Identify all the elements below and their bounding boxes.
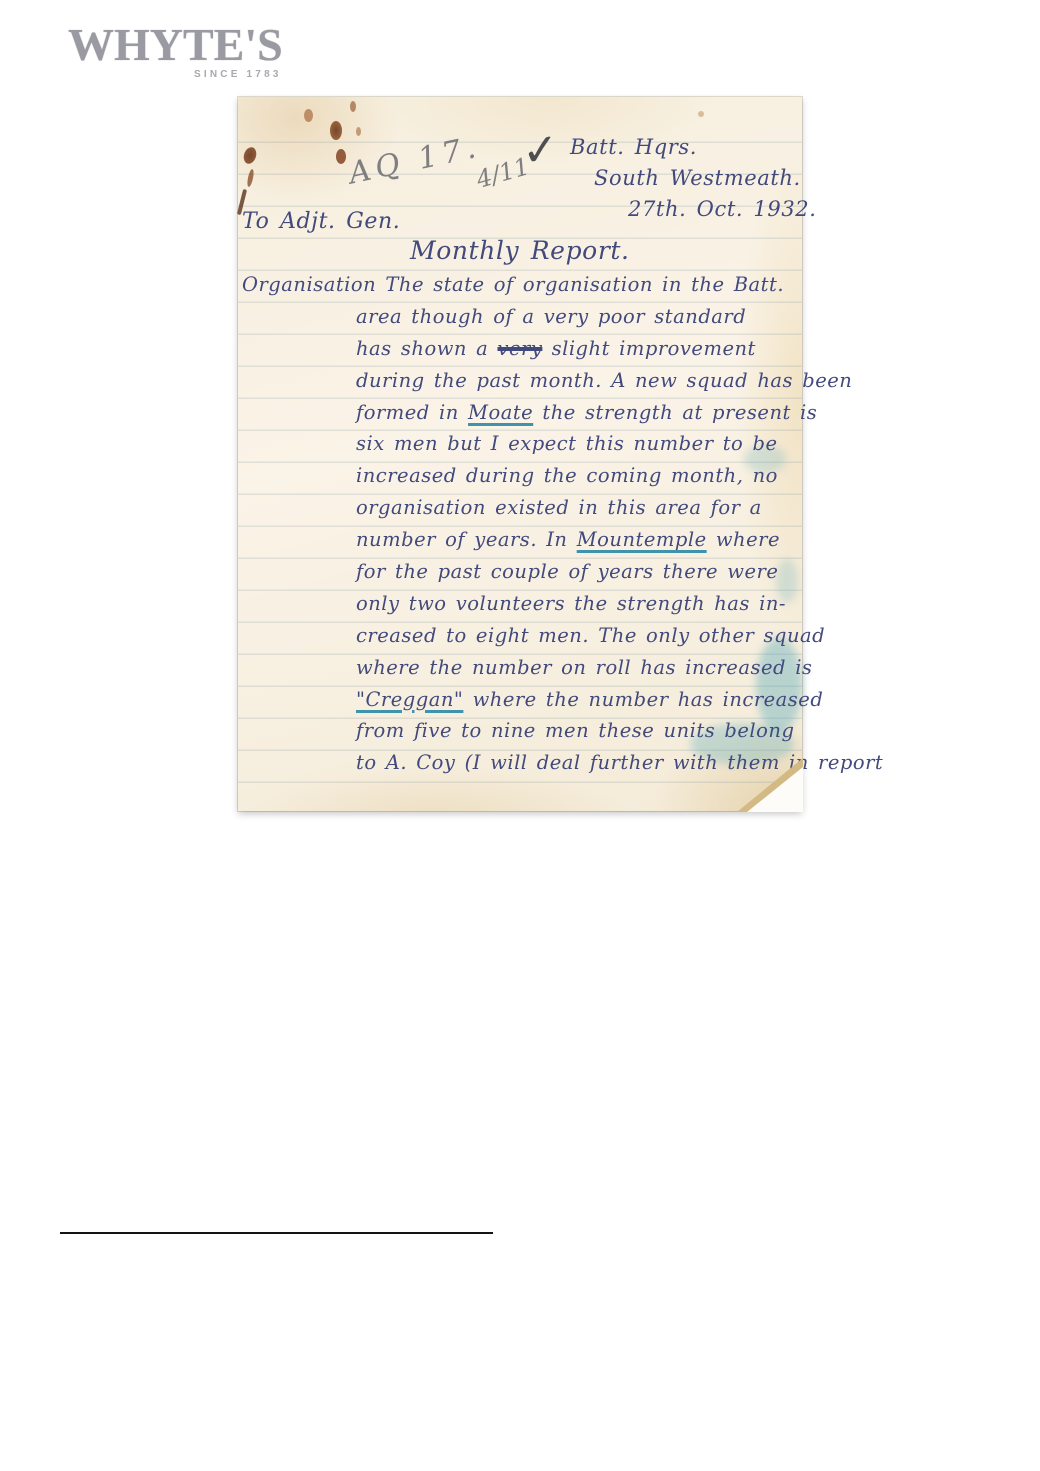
handwritten-text: organisation existed in this area for a: [356, 496, 762, 519]
handwritten-line: six men but I expect this number to be: [242, 432, 883, 464]
handwritten-text: creased to eight men. The only other squ…: [356, 624, 825, 647]
ink-stain: [246, 169, 255, 188]
letter-body: Organisation The state of organisation i…: [242, 273, 883, 783]
handwritten-text: from five to nine men these units belong: [356, 719, 794, 742]
handwritten-text: increased during the coming month, no: [356, 464, 778, 487]
handwritten-text: for the past couple of years there were: [356, 560, 778, 583]
handwritten-line: has shown a very slight improvement: [242, 337, 883, 369]
letter-title: Monthly Report.: [410, 236, 630, 265]
handwritten-line: organisation existed in this area for a: [242, 496, 883, 528]
handwritten-line: only two volunteers the strength has in-: [242, 592, 883, 624]
handwritten-text: six men but I expect this number to be: [356, 432, 778, 455]
letter-salutation: To Adjt. Gen.: [242, 209, 400, 234]
handwritten-text: during the past month. A new squad has b…: [356, 369, 852, 392]
handwritten-text: the strength at present is: [533, 401, 817, 424]
handwritten-line: increased during the coming month, no: [242, 464, 883, 496]
underlined-place-name: Mountemple: [577, 528, 707, 551]
handwritten-line: area though of a very poor standard: [242, 305, 883, 337]
corner-fold: [747, 767, 803, 812]
struck-out-word: very: [497, 337, 542, 360]
letter-heading-line: South Westmeath.: [594, 166, 801, 190]
handwritten-line: number of years. In Mountemple where: [242, 528, 883, 560]
handwritten-text: formed in: [356, 401, 468, 424]
handwritten-text: Organisation The state of organisation i…: [242, 273, 784, 296]
ink-stain: [242, 146, 259, 166]
ink-stain: [330, 121, 342, 140]
handwritten-line: during the past month. A new squad has b…: [242, 369, 883, 401]
handwritten-line: Organisation The state of organisation i…: [242, 273, 883, 305]
handwritten-text: number of years. In: [356, 528, 577, 551]
handwritten-text: where the number on roll has increased i…: [356, 656, 812, 679]
handwritten-text: area though of a very poor standard: [356, 305, 746, 328]
letter-heading-line: Batt. Hqrs.: [570, 135, 697, 159]
handwritten-text: where: [707, 528, 780, 551]
ink-stain: [350, 101, 356, 112]
handwritten-line: "Creggan" where the number has increased: [242, 688, 883, 720]
handwritten-text: where the number has increased: [463, 688, 823, 711]
letter-scan: AQ 17. 4/11 ✓ Batt. Hqrs. South Westmeat…: [238, 97, 802, 811]
ink-stain: [698, 111, 704, 117]
handwritten-line: formed in Moate the strength at present …: [242, 401, 883, 433]
underlined-place-name: "Creggan": [356, 688, 463, 711]
logo-wordmark: WHYTE'S: [68, 22, 288, 68]
logo-since-text: SINCE 1783: [194, 69, 282, 80]
pencil-annotation-reference: AQ 17.: [346, 130, 484, 192]
letter-date: 27th. Oct. 1932.: [628, 197, 817, 221]
handwritten-line: creased to eight men. The only other squ…: [242, 624, 883, 656]
ink-stain: [356, 127, 361, 136]
checkmark-icon: ✓: [520, 124, 560, 177]
footnote-divider: [60, 1232, 493, 1234]
handwritten-line: from five to nine men these units belong: [242, 719, 883, 751]
handwritten-line: for the past couple of years there were: [242, 560, 883, 592]
ink-stain: [336, 149, 346, 164]
whytes-logo: WHYTE'S SINCE 1783: [68, 22, 288, 82]
ink-stain: [304, 109, 313, 122]
handwritten-text: slight improvement: [542, 337, 756, 360]
handwritten-text: only two volunteers the strength has in-: [356, 592, 786, 615]
handwritten-line: where the number on roll has increased i…: [242, 656, 883, 688]
handwritten-text: has shown a: [356, 337, 497, 360]
underlined-place-name: Moate: [468, 401, 533, 424]
handwritten-text: to A. Coy (I will deal further with them…: [356, 751, 883, 774]
